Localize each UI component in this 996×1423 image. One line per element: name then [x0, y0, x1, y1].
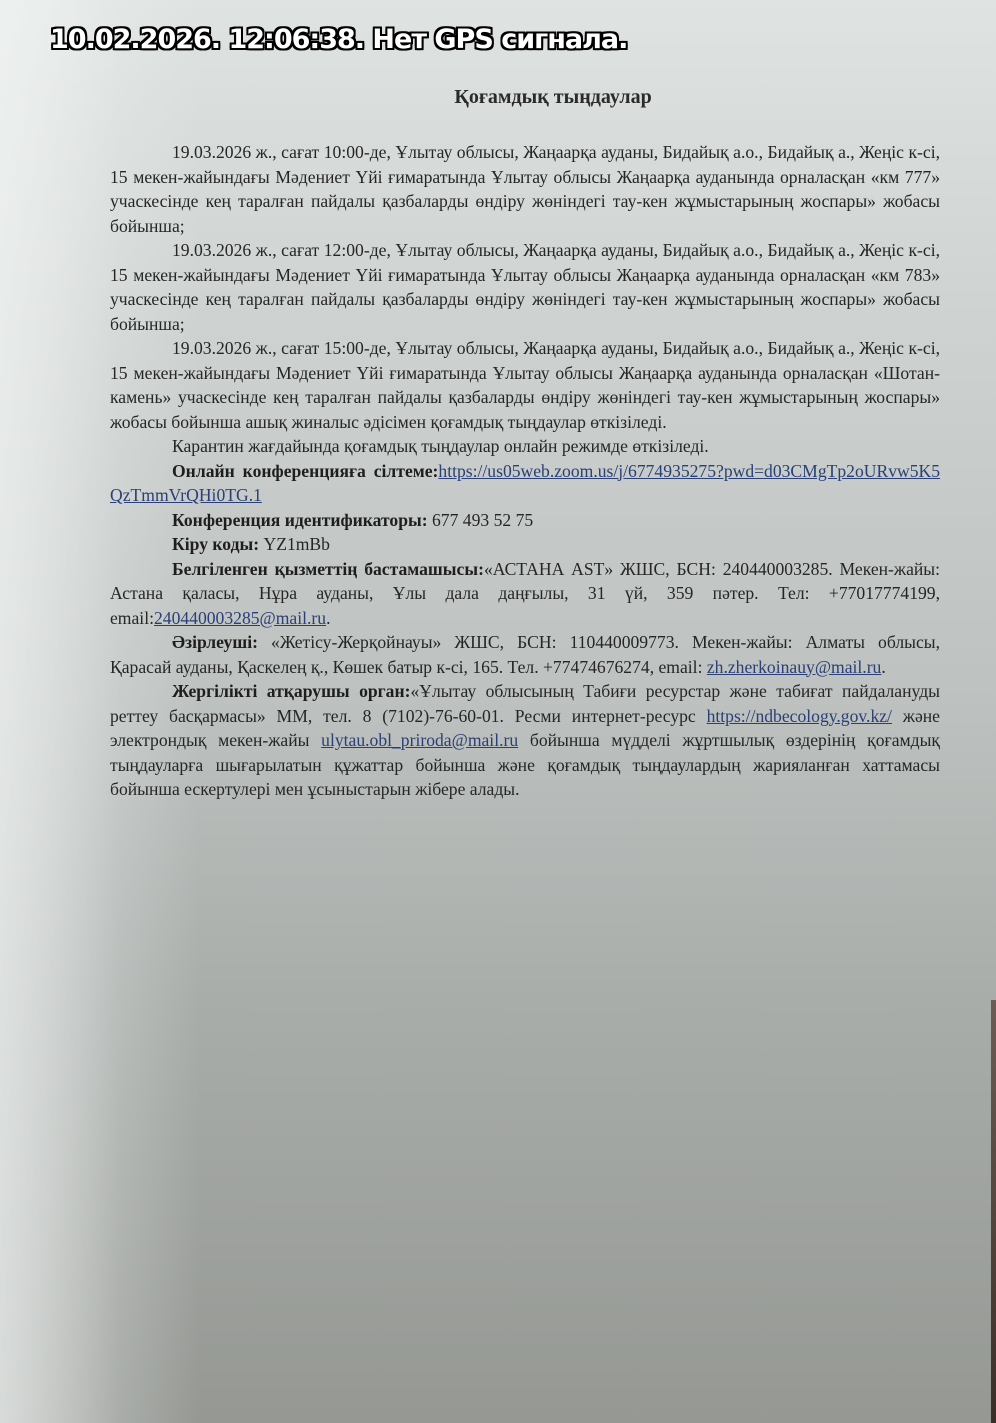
- authority-email-link[interactable]: ulytau.obl_priroda@mail.ru: [321, 730, 518, 750]
- access-code-value: YZ1mBb: [259, 534, 330, 554]
- camera-timestamp-overlay: 10.02.2026. 12:06:38. Нет GPS сигнала.: [50, 24, 627, 55]
- authority-label: Жергілікті атқарушы орган:: [172, 681, 410, 701]
- document-body: 19.03.2026 ж., сағат 10:00-де, Ұлытау об…: [110, 140, 940, 802]
- hearing-paragraph-2: 19.03.2026 ж., сағат 12:00-де, Ұлытау об…: [110, 238, 940, 336]
- developer-label: Әзірлеуші:: [172, 632, 258, 652]
- developer-paragraph: Әзірлеуші: «Жетісу-Жерқойнауы» ЖШС, БСН:…: [110, 630, 940, 679]
- access-code-label: Кіру коды:: [172, 534, 259, 554]
- authority-paragraph: Жергілікті атқарушы орган:«Ұлытау облысы…: [110, 679, 940, 802]
- online-link-paragraph: Онлайн конференцияға сілтеме:https://us0…: [110, 459, 940, 508]
- conference-id-value: 677 493 52 75: [428, 510, 534, 530]
- initiator-paragraph: Белгіленген қызметтің бастамашысы:«АСТАН…: [110, 557, 940, 631]
- hearing-paragraph-1: 19.03.2026 ж., сағат 10:00-де, Ұлытау об…: [110, 140, 940, 238]
- table-edge: [991, 1000, 996, 1423]
- developer-tail: .: [881, 657, 885, 677]
- conference-id-label: Конференция идентификаторы:: [172, 510, 428, 530]
- quarantine-note: Карантин жағдайында қоғамдық тыңдаулар о…: [110, 434, 940, 459]
- conference-id-paragraph: Конференция идентификаторы: 677 493 52 7…: [110, 508, 940, 533]
- online-link-label: Онлайн конференцияға сілтеме:: [172, 461, 438, 481]
- initiator-email-link[interactable]: 240440003285@mail.ru: [154, 608, 326, 628]
- developer-email-link[interactable]: zh.zherkoinauy@mail.ru: [707, 657, 882, 677]
- document-title: Қоғамдық тыңдаулар: [0, 86, 996, 109]
- authority-website-link[interactable]: https://ndbecology.gov.kz/: [707, 706, 892, 726]
- hearing-paragraph-3: 19.03.2026 ж., сағат 15:00-де, Ұлытау об…: [110, 336, 940, 434]
- initiator-tail: .: [326, 608, 330, 628]
- initiator-label: Белгіленген қызметтің бастамашысы:: [172, 559, 484, 579]
- access-code-paragraph: Кіру коды: YZ1mBb: [110, 532, 940, 557]
